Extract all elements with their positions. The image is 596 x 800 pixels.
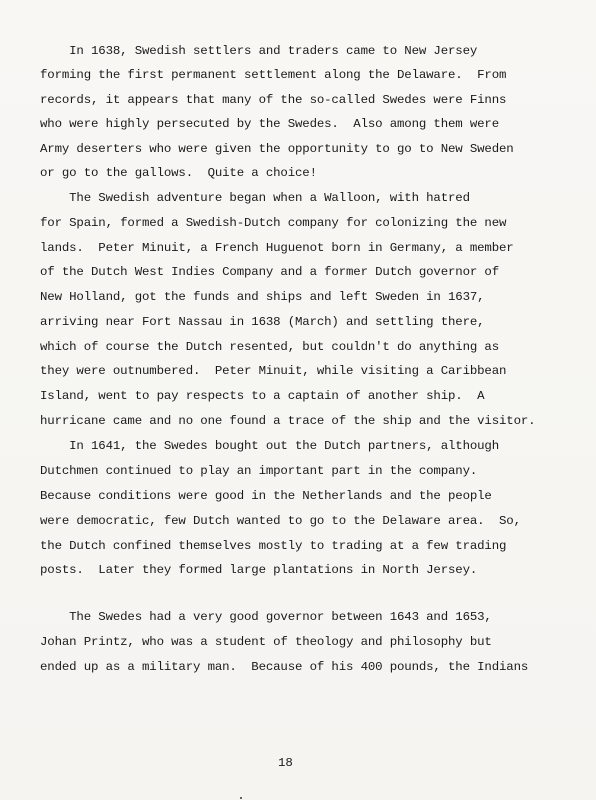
text-line: who were highly persecuted by the Swedes… xyxy=(40,117,499,131)
text-line: The Swedes had a very good governor betw… xyxy=(40,610,492,624)
text-line: arriving near Fort Nassau in 1638 (March… xyxy=(40,315,484,329)
text-line: In 1638, Swedish settlers and traders ca… xyxy=(40,44,477,58)
text-line: forming the first permanent settlement a… xyxy=(40,68,506,82)
text-line: hurricane came and no one found a trace … xyxy=(40,414,535,428)
text-line: were democratic, few Dutch wanted to go … xyxy=(40,514,521,528)
text-line: Island, went to pay respects to a captai… xyxy=(40,389,484,403)
text-line: they were outnumbered. Peter Minuit, whi… xyxy=(40,364,506,378)
page-number: 18 xyxy=(278,756,293,770)
text-line: lands. Peter Minuit, a French Huguenot b… xyxy=(40,241,514,255)
text-line: or go to the gallows. Quite a choice! xyxy=(40,166,317,180)
text-line: posts. Later they formed large plantatio… xyxy=(40,563,477,577)
text-line: for Spain, formed a Swedish-Dutch compan… xyxy=(40,216,506,230)
document-page: In 1638, Swedish settlers and traders ca… xyxy=(0,0,596,800)
text-line: ended up as a military man. Because of h… xyxy=(40,660,528,674)
text-line: Dutchmen continued to play an important … xyxy=(40,464,477,478)
text-line: Because conditions were good in the Neth… xyxy=(40,489,492,503)
text-line: The Swedish adventure began when a Wallo… xyxy=(40,191,470,205)
text-line: Army deserters who were given the opport… xyxy=(40,142,514,156)
text-line: of the Dutch West Indies Company and a f… xyxy=(40,265,499,279)
text-line: which of course the Dutch resented, but … xyxy=(40,340,499,354)
text-line: records, it appears that many of the so-… xyxy=(40,93,506,107)
text-line: the Dutch confined themselves mostly to … xyxy=(40,539,506,553)
text-line: Johan Printz, who was a student of theol… xyxy=(40,635,492,649)
text-line: In 1641, the Swedes bought out the Dutch… xyxy=(40,439,499,453)
text-line: New Holland, got the funds and ships and… xyxy=(40,290,484,304)
paper-speck xyxy=(240,797,242,799)
